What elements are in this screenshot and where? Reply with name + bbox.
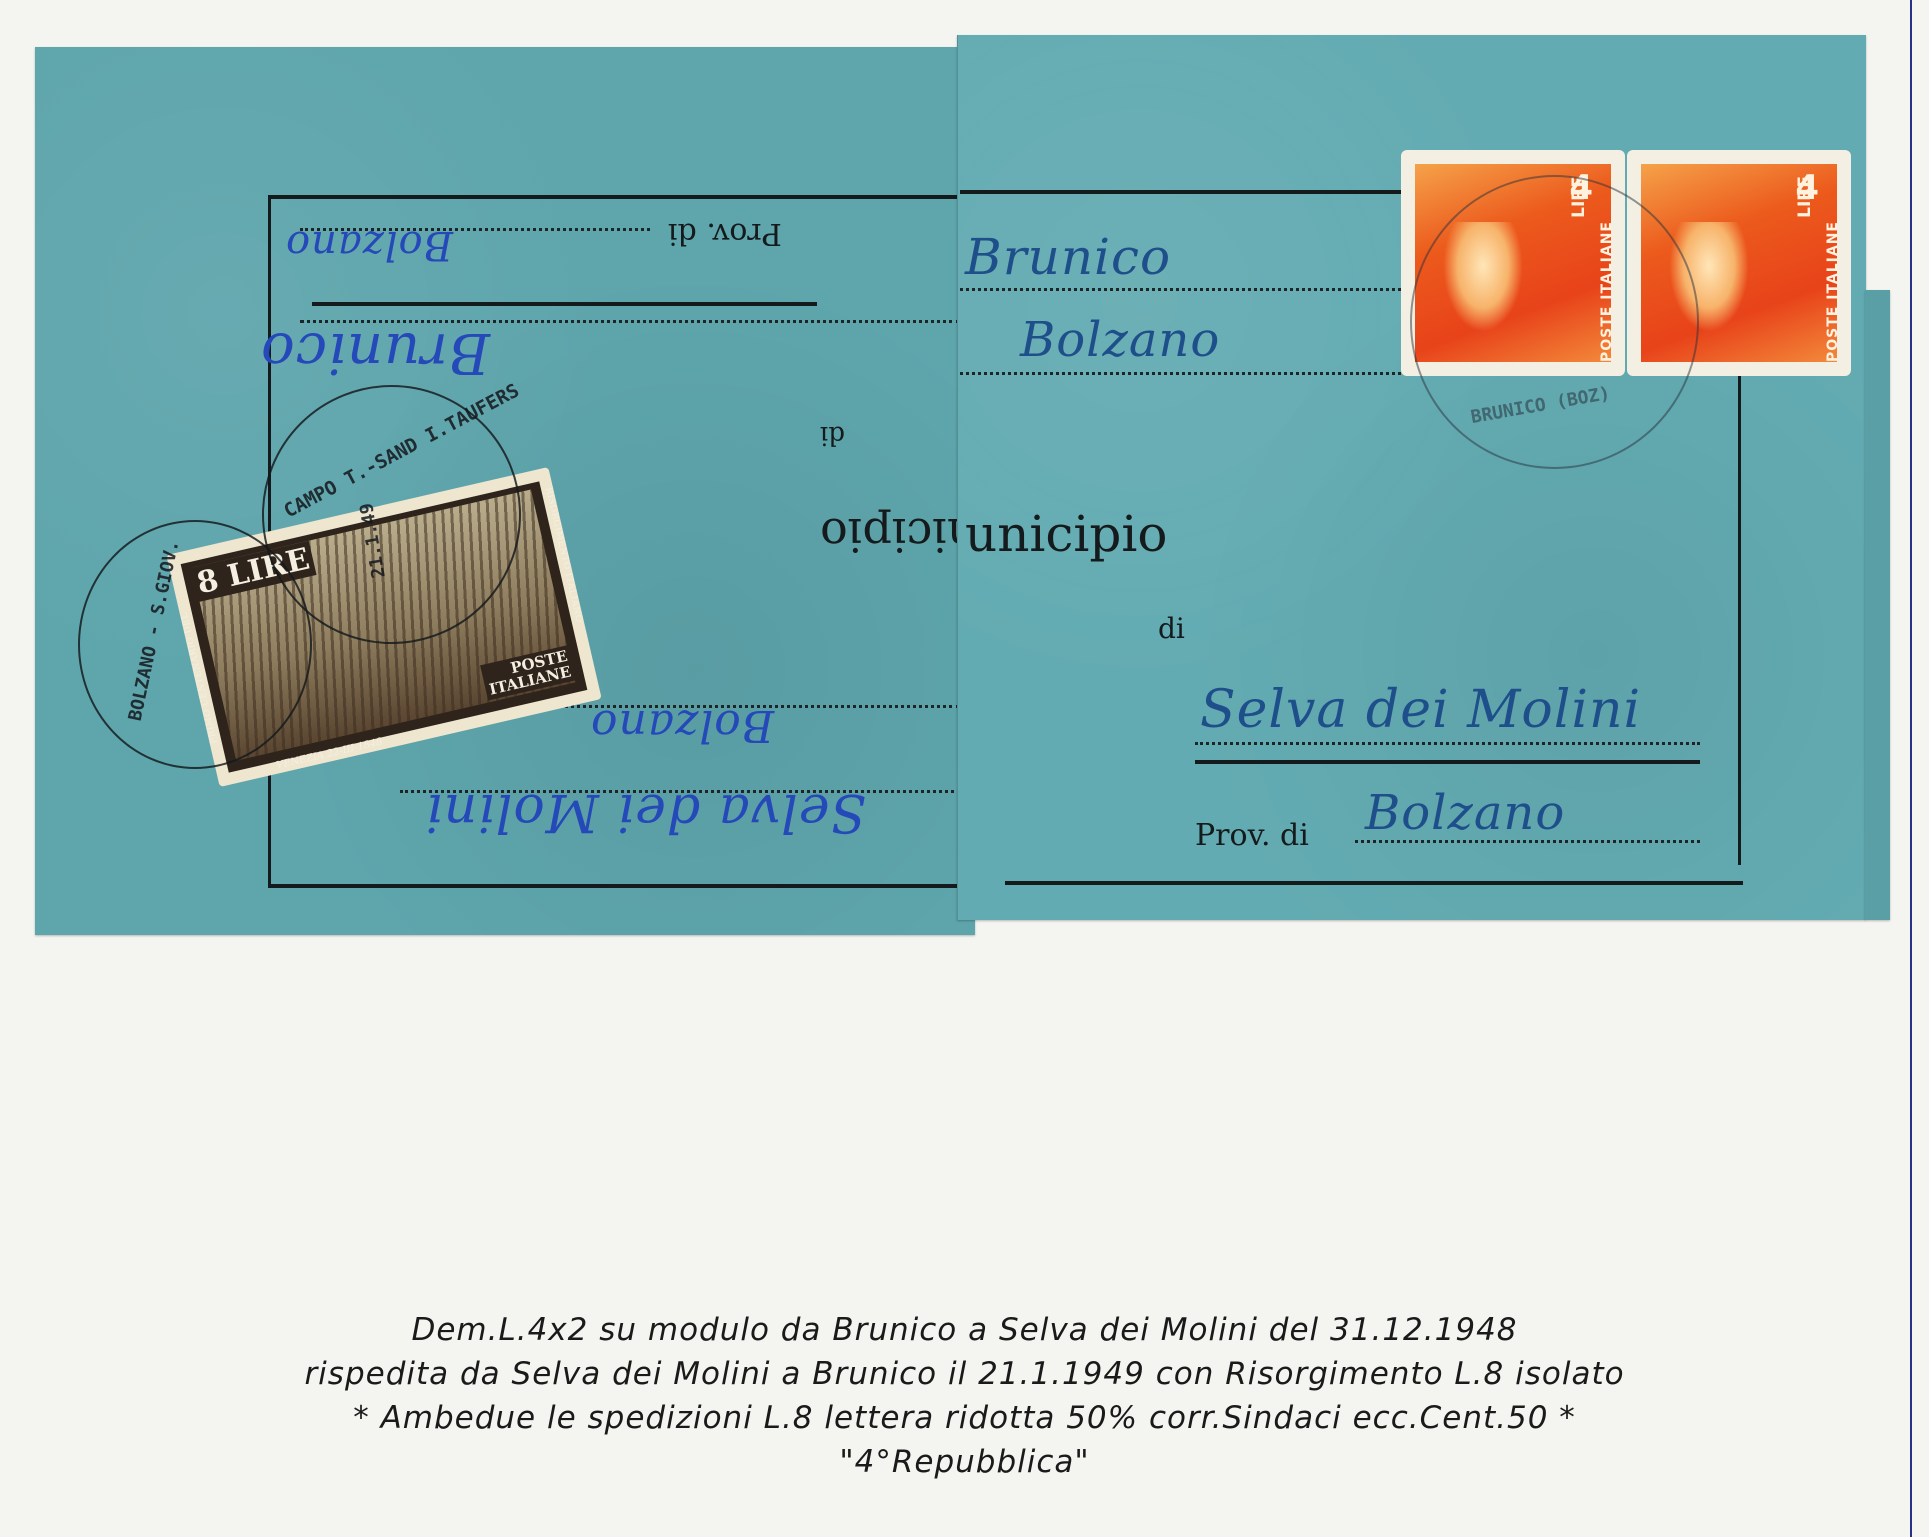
printed-di: di — [1158, 612, 1185, 645]
postmark-brunico — [1410, 175, 1699, 469]
handwritten-town-lower-upside: Selva dei Molini — [425, 782, 866, 842]
printed-di-upside: di — [820, 420, 845, 450]
printed-prov-label-upside: Prov. di — [668, 216, 782, 251]
frame-bottom-line — [1005, 881, 1743, 885]
printed-municipio-upside: Municipio — [820, 508, 980, 562]
handwritten-prov-lower-upside: Bolzano — [590, 700, 774, 751]
handwritten-destination-prov: Bolzano — [1365, 785, 1565, 841]
handwritten-prov-upside: Bolzano — [285, 222, 453, 268]
frame-bottom-line — [268, 884, 968, 888]
handwritten-town: Brunico — [965, 228, 1171, 286]
handwritten-prov: Bolzano — [1020, 312, 1220, 368]
printed-municipio: unicipio — [965, 505, 1168, 563]
album-caption-line-3: * Ambedue le spedizioni L.8 lettera rido… — [0, 1398, 1929, 1438]
album-caption-line-2: rispedita da Selva dei Molini a Brunico … — [0, 1354, 1929, 1394]
frame-top-line — [960, 190, 1410, 194]
frame-divider-line — [1195, 760, 1700, 764]
album-page-margin-rule — [1910, 0, 1912, 1537]
dotted-line — [1195, 742, 1700, 745]
handwritten-destination-town: Selva dei Molini — [1200, 680, 1641, 740]
printed-prov-label: Prov. di — [1195, 818, 1309, 853]
dotted-line — [960, 288, 1425, 291]
frame-divider-line — [312, 302, 817, 306]
album-caption-line-4: "4°Repubblica" — [0, 1442, 1929, 1482]
album-caption-line-1: Dem.L.4x2 su modulo da Brunico a Selva d… — [0, 1310, 1929, 1350]
frame-top-line — [268, 195, 968, 199]
cover-right-flap — [1865, 290, 1890, 920]
handwritten-town-upside: Brunico — [260, 320, 490, 385]
frame-right-line — [1738, 370, 1741, 865]
